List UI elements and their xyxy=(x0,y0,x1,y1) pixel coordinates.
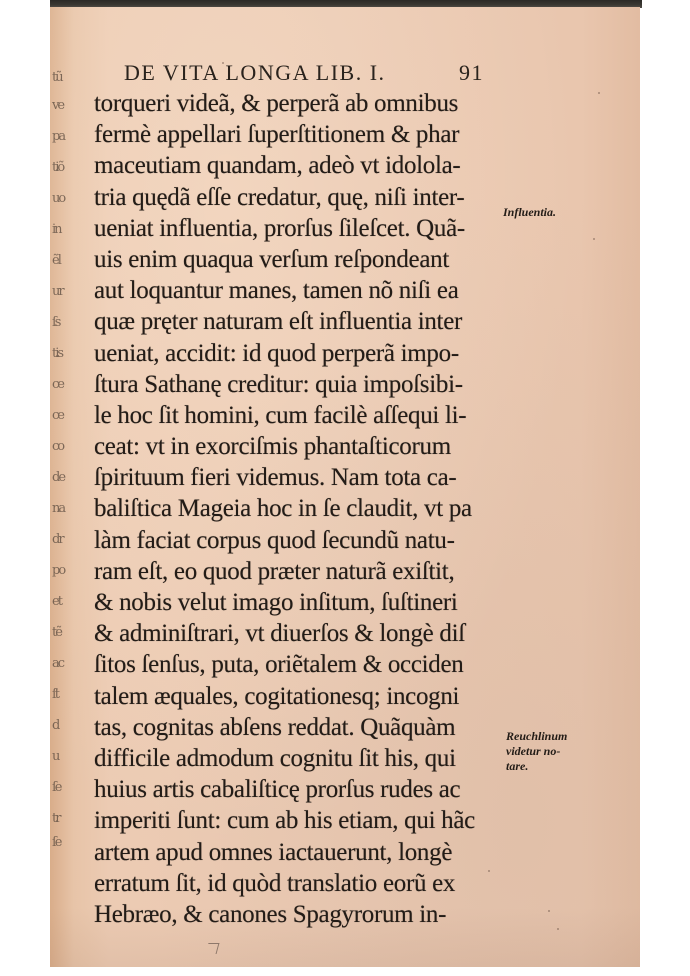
bleed-glyph: tr xyxy=(52,811,68,826)
text-line: & adminiſtrari, vt diuerſos & longè diſ xyxy=(94,618,514,649)
text-line: tria quędã eſſe credatur, quę, niſi inte… xyxy=(94,182,514,213)
marginal-note-line: Reuchlinum xyxy=(506,729,567,744)
text-line: torqueri videã, & perperã ab omnibus xyxy=(94,88,514,119)
text-line: artem apud omnes iactauerunt, longè xyxy=(94,837,514,868)
bleed-glyph: de xyxy=(52,470,68,485)
bleed-glyph: tis xyxy=(52,346,68,361)
bleed-glyph: tũ xyxy=(52,70,68,85)
bleed-glyph: ce xyxy=(52,408,68,423)
text-line: imperiti ſunt: cum ab his etiam, qui hãc xyxy=(94,805,514,836)
running-head: DE VITA LONGA LIB. I. 91 xyxy=(124,60,484,90)
bleed-glyph: dr xyxy=(52,532,68,547)
bleed-glyph: et xyxy=(52,594,68,609)
text-line: làm faciat corpus quod ſecundũ natu- xyxy=(94,525,514,556)
bleed-glyph: in xyxy=(52,222,68,237)
marginal-note-reuchlin: Reuchlinum videtur no- tare. xyxy=(506,729,567,774)
scanned-page-view: tũ ve pa tiõ uo in ẽl ur ſs tis ce ce co… xyxy=(0,0,690,976)
bleed-glyph: ur xyxy=(52,284,68,299)
paper-speck xyxy=(598,92,600,94)
marginal-note-line: Influentia. xyxy=(503,205,556,220)
bleed-glyph: na xyxy=(52,501,68,516)
bleed-glyph: u xyxy=(52,749,68,764)
text-line: huius artis cabaliſticę prorſus rudes ac xyxy=(94,774,514,805)
bleed-glyph: pa xyxy=(52,129,68,144)
text-line: ſtura Sathanę creditur: quia impoſsibi- xyxy=(94,369,514,400)
page-number: 91 xyxy=(459,60,484,86)
bleed-glyph: ce xyxy=(52,377,68,392)
paper-speck xyxy=(548,910,550,912)
paper-speck xyxy=(130,858,132,861)
bleed-glyph: ac xyxy=(52,656,68,671)
text-line: uis enim quaqua verſum reſpondeant xyxy=(94,244,514,275)
text-line: talem æquales, cogitationesq; incogni xyxy=(94,681,514,712)
text-line: ſitos ſenſus, puta, oriẽtalem & occiden xyxy=(94,649,514,680)
marginal-note-line: tare. xyxy=(506,759,567,774)
paper-speck xyxy=(488,870,490,872)
bleed-glyph: co xyxy=(52,439,68,454)
text-line: le hoc ſit homini, cum facilè aſſequi li… xyxy=(94,400,514,431)
text-line: ram eſt, eo quod præter naturã exiſtit, xyxy=(94,556,514,587)
bleed-glyph: uo xyxy=(52,191,68,206)
text-line: difficile admodum cognitu ſit his, qui xyxy=(94,743,514,774)
bleed-glyph: ſt xyxy=(52,687,68,702)
bleed-glyph: d xyxy=(52,718,68,733)
text-line: quæ pręter naturam eſt influentia inter xyxy=(94,306,514,337)
text-line: ueniat, accidit: id quod perperã impo- xyxy=(94,338,514,369)
paper-speck xyxy=(557,928,559,930)
text-line: ſpirituum fieri videmus. Nam tota ca- xyxy=(94,462,514,493)
text-line: Hebræo, & canones Spagyrorum in- xyxy=(94,899,514,930)
text-line: aut loquantur manes, tamen nõ niſi ea xyxy=(94,275,514,306)
bleed-glyph: ſe xyxy=(52,780,68,795)
bleed-glyph: ſe xyxy=(52,835,68,850)
running-head-title: DE VITA LONGA LIB. I. xyxy=(124,60,386,86)
text-line: ceat: vt in exorciſmis phantaſticorum xyxy=(94,431,514,462)
text-line: & nobis velut imago inſitum, ſuſtineri xyxy=(94,587,514,618)
paper-speck xyxy=(593,238,595,240)
bleed-glyph: tẽ xyxy=(52,625,68,640)
marginal-note-line: videtur no- xyxy=(506,744,567,759)
bleed-glyph: tiõ xyxy=(52,160,68,175)
facing-page-bleed-strip: tũ ve pa tiõ uo in ẽl ur ſs tis ce ce co… xyxy=(50,70,70,850)
bleed-glyph: ve xyxy=(52,98,68,113)
text-line: baliſtica Mageia hoc in ſe claudit, vt p… xyxy=(94,493,514,524)
text-line: tas, cognitas abſens reddat. Quãquàm xyxy=(94,712,514,743)
text-line: fermè appellari ſuperſtitionem & phar xyxy=(94,119,514,150)
marginal-note-influentia: Influentia. xyxy=(503,205,556,220)
text-line: maceutiam quandam, adeò vt idolola- xyxy=(94,150,514,181)
body-text: torqueri videã, & perperã ab omnibus fer… xyxy=(94,88,514,930)
text-line: ueniat influentia, prorſus ſileſcet. Quã… xyxy=(94,213,514,244)
paper-speck xyxy=(222,62,224,64)
text-line: erratum ſit, id quòd translatio eorũ ex xyxy=(94,868,514,899)
paper-speck xyxy=(290,880,292,882)
bleed-glyph: po xyxy=(52,563,68,578)
bleed-glyph: ẽl xyxy=(52,253,68,268)
bleed-glyph: ſs xyxy=(52,315,68,330)
